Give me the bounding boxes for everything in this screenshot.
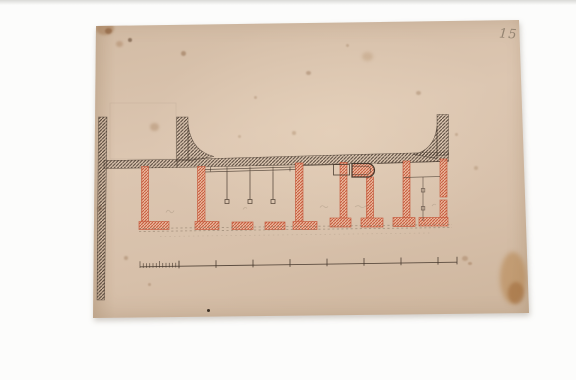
paper-stain (508, 282, 524, 304)
paper-stain (462, 256, 468, 261)
aged-paper-sheet: 15 (93, 20, 529, 318)
paper-stain (124, 256, 128, 260)
paper-stain (362, 52, 373, 61)
scan-top-edge (0, 0, 576, 5)
page-number: 15 (498, 26, 518, 42)
paper-stain (292, 131, 296, 135)
paper-stain (97, 206, 102, 211)
paper-stain (455, 133, 458, 136)
paper-stain (238, 135, 241, 138)
paper-stain (150, 123, 159, 131)
paper-stain (468, 262, 472, 265)
paper-stain (105, 28, 112, 34)
paper-stain (306, 71, 311, 75)
paper-stain (148, 283, 151, 286)
paper-stain (181, 51, 186, 56)
paper-stain (116, 41, 123, 47)
photo-of-drawing: { "page": { "background_color": "#fcfcfb… (0, 0, 576, 380)
paper-stain (207, 309, 210, 312)
paper-stain (128, 38, 132, 42)
paper-shadow: 15 (93, 20, 529, 318)
paper-stain (474, 166, 478, 170)
paper-stain (346, 44, 349, 47)
paper-stain (416, 91, 421, 95)
paper-stain (254, 96, 257, 99)
